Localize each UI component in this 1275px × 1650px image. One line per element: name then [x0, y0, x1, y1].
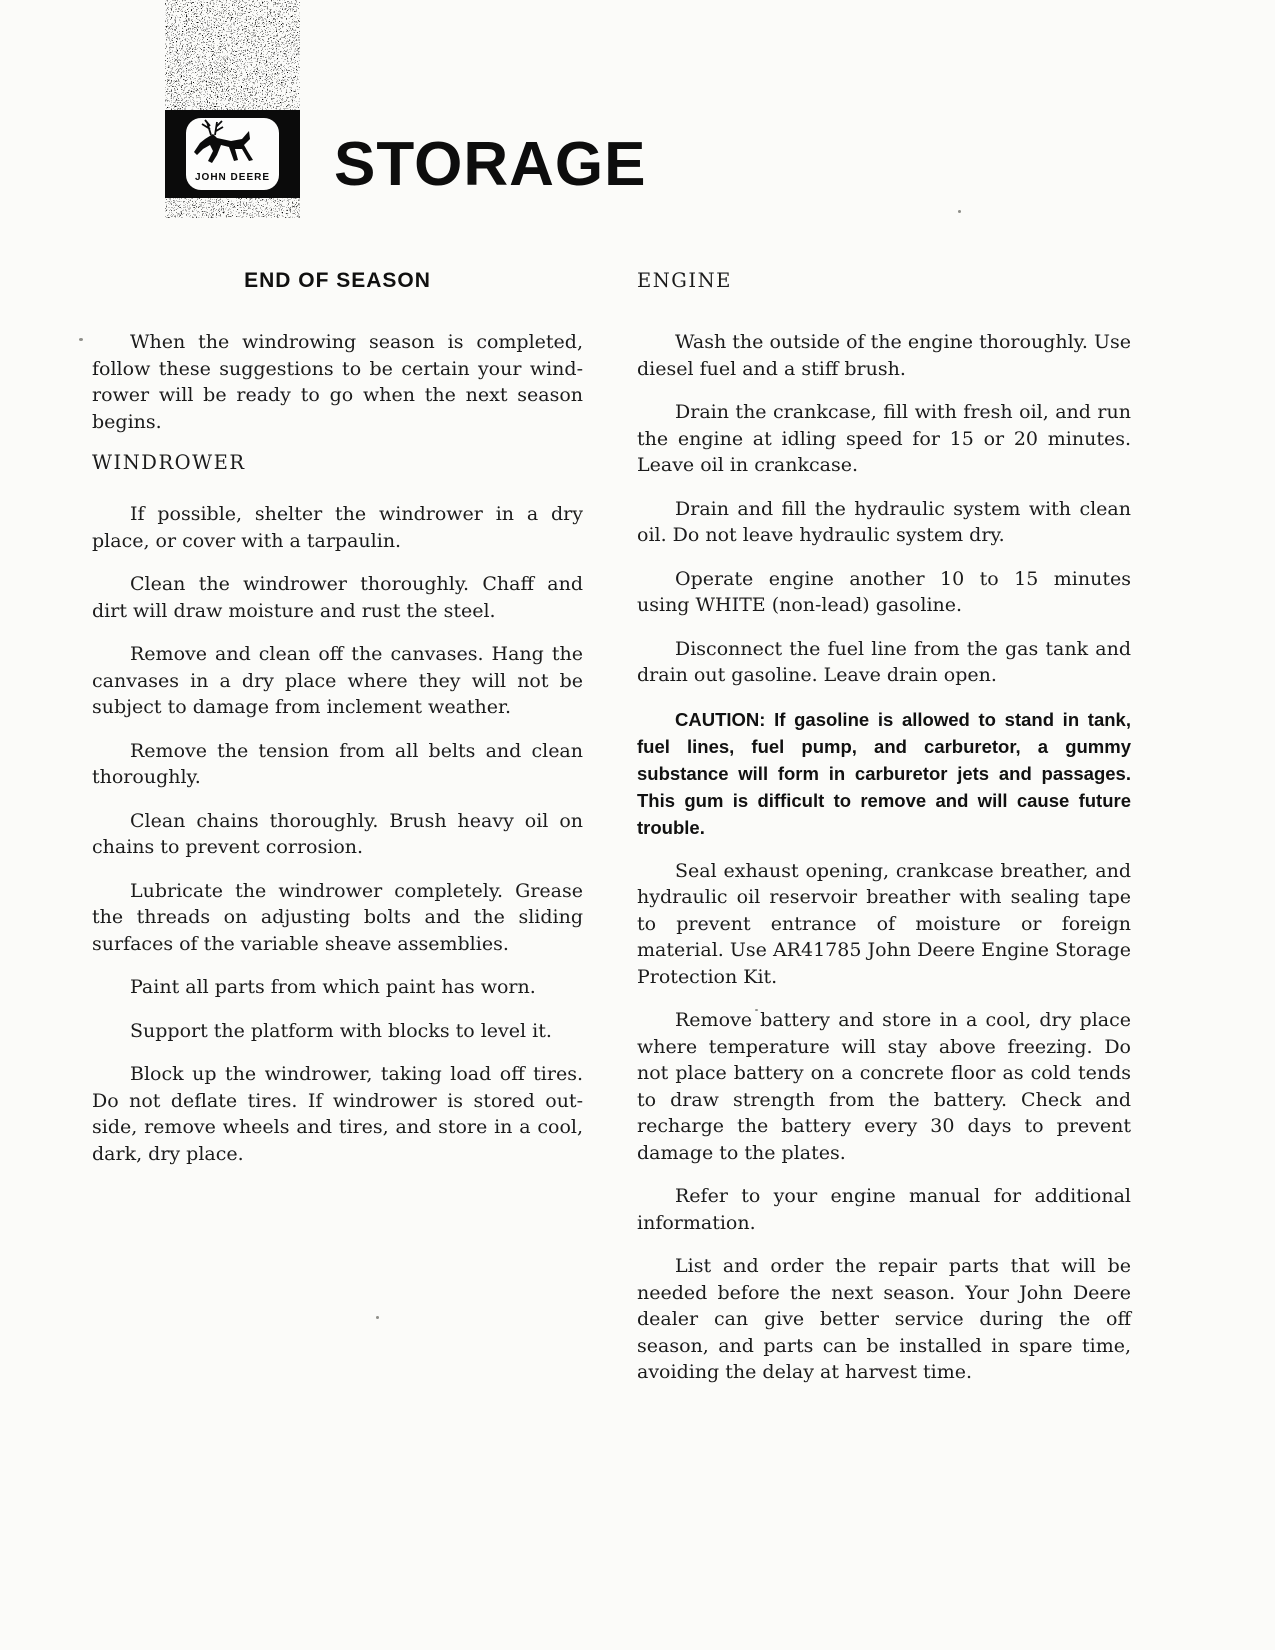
paragraph: Remove the tension from all belts and cl… — [92, 738, 583, 791]
paragraph: Paint all parts from which paint has wor… — [92, 974, 583, 1001]
paragraph: List and order the repair parts that wil… — [637, 1253, 1131, 1386]
scan-speck — [958, 210, 961, 213]
page-title: STORAGE — [334, 134, 646, 196]
caution-paragraph: CAUTION: If gasoline is allowed to stand… — [637, 706, 1131, 841]
paragraph: Wash the outside of the engine thoroughl… — [637, 329, 1131, 382]
paragraph: When the windrowing season is completed,… — [92, 329, 583, 435]
scan-speck — [79, 338, 83, 341]
right-column: ENGINE Wash the outside of the engine th… — [637, 270, 1131, 1403]
subsection-heading-windrower: WINDROWER — [92, 452, 583, 474]
scan-speck — [376, 1316, 379, 1319]
paragraph: Operate engine another 10 to 15 minutes … — [637, 566, 1131, 619]
paragraph: Drain and fill the hydraulic system with… — [637, 496, 1131, 549]
paragraph: Clean chains thoroughly. Brush heavy oil… — [92, 808, 583, 861]
paragraph: Seal exhaust opening, crankcase breather… — [637, 858, 1131, 991]
left-column: END OF SEASON When the windrowing season… — [92, 270, 583, 1184]
paragraph: Remove battery and store in a cool, dry … — [637, 1007, 1131, 1166]
brand-text: JOHN DEERE — [195, 172, 270, 183]
paragraph: Disconnect the fuel line from the gas ta… — [637, 636, 1131, 689]
scan-speck — [755, 1009, 758, 1011]
paragraph: Block up the windrower, taking load off … — [92, 1061, 583, 1167]
manual-page: { "theme": { "paper": "#fbfbf9", "ink": … — [0, 0, 1275, 1650]
section-heading-engine: ENGINE — [637, 270, 1131, 292]
section-heading-end-of-season: END OF SEASON — [92, 270, 583, 292]
paragraph: Lubricate the windrower completely. Grea… — [92, 878, 583, 958]
john-deere-logo: JOHN DEERE — [165, 0, 300, 218]
paragraph: Clean the windrower thoroughly. Chaff an… — [92, 571, 583, 624]
paragraph: Refer to your engine manual for addition… — [637, 1183, 1131, 1236]
paragraph: If possible, shelter the windrower in a … — [92, 501, 583, 554]
paragraph: Drain the crankcase, fill with fresh oil… — [637, 399, 1131, 479]
logo-graphic: JOHN DEERE — [165, 0, 300, 218]
paragraph: Support the platform with blocks to leve… — [92, 1018, 583, 1045]
paragraph: Remove and clean off the canvases. Hang … — [92, 641, 583, 721]
